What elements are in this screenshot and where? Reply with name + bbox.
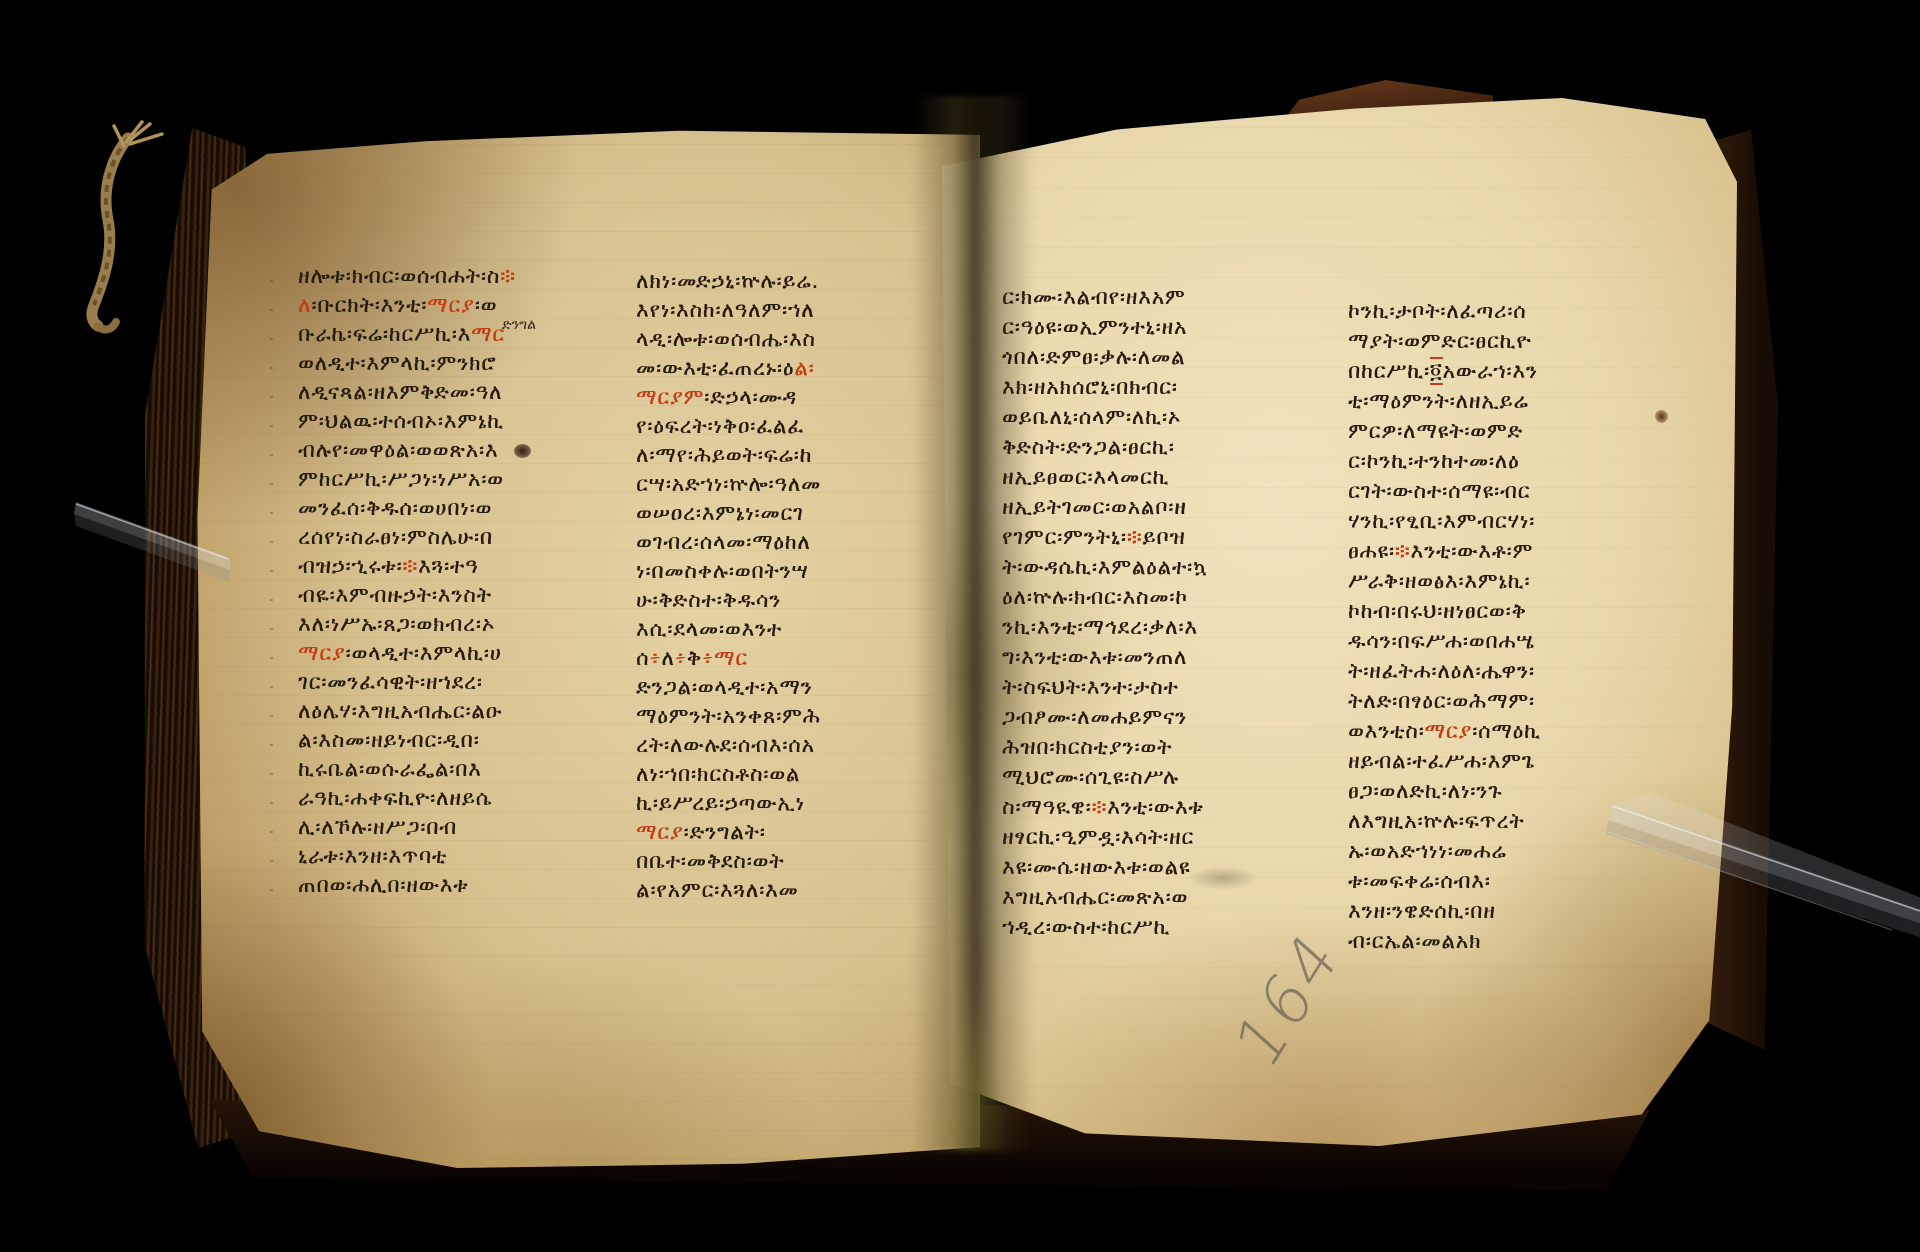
glass-rod-left — [70, 470, 240, 600]
manuscript-text-line: እየነ፡እስከ፡ለዓለም፡ኀለ — [636, 296, 956, 325]
body-text: እንዘ፡ንዌድሰኪ፡በዘ — [1348, 899, 1496, 923]
body-text: ርገት፡ውስተ፡ሰማዩ፡ብር — [1348, 479, 1530, 503]
body-text: ል፡የአምር፡እጓለ፡እመ — [636, 878, 799, 902]
body-text: ምከርሥኪ፡ሥጋነ፡ነሥአ፡ወ — [298, 467, 504, 491]
body-text: ት፡ስፍህት፡እንተ፡ታስተ — [1002, 675, 1179, 699]
rubric-red-text: ማርያ — [427, 293, 475, 317]
rubric-red-text: ለ — [298, 293, 311, 317]
body-text: ለዲናጻል፡ዘእምቅድመ፡ዓለ — [298, 380, 502, 404]
body-text: እክ፡ዘአክሰሮኒ፡በክብር፡ — [1002, 375, 1178, 399]
body-text: ገር፡መንፈሳዊት፡ዘኀደረ፡ — [298, 670, 483, 694]
manuscript-text-line: ት፡ውዳሴኪ፡እምልዕልተ፡ኳ — [1002, 552, 1337, 582]
body-text: ብዝኃ፡ኂሩቱ፡ — [298, 554, 402, 578]
body-text: እሲ፡ደላመ፡ወእንተ — [636, 617, 782, 641]
glass-rod-right — [1592, 762, 1920, 962]
body-text: ኀዲረ፡ውስተ፡ከርሥኪ — [1002, 915, 1170, 939]
body-text: ረሰየነ፡ስራፀነ፡ምስሌሁ፡በ — [298, 525, 493, 549]
manuscript-text-line: ማያት፡ወምድር፡ፀርኪዮ — [1348, 326, 1683, 356]
body-text: ይቦዝ — [1143, 525, 1186, 549]
manuscript-text-line: ፀሐዩ፡፨እንቲ፡ውእቶ፡ም — [1348, 536, 1683, 566]
manuscript-text-line: ወገብረ፡ሰላመ፡ማዕከለ — [636, 528, 956, 557]
manuscript-text-line: ሰ፥ለ፥ቅ፥ማር — [636, 644, 956, 673]
rubric-red-text: ማርያ — [298, 641, 346, 665]
rubric-red-text: ማር — [714, 646, 748, 670]
ink-stain — [1655, 410, 1668, 423]
body-text: ማያት፡ወምድር፡ፀርኪዮ — [1348, 329, 1531, 353]
manuscript-text-line: ሁ፡ቅድስተ፡ቅዱሳን — [636, 586, 956, 615]
manuscript-text-line: ማርያም፡ድኃላ፡ሙዳ — [636, 383, 956, 412]
text-column-left-2: ለክነ፡መድኃኒ፡ኵሉ፡ይሬ.እየነ፡እስከ፡ለዓለም፡ኀለላዲ፡ሎቱ፡ወሰብሔ… — [636, 267, 956, 905]
manuscript-text-line: ም፡ህልዉ፡ተሰብኦ፡እምኔኪ — [298, 407, 603, 436]
body-text: ሚህሮሙ፡ሰጊዩ፡ስሥሉ — [1002, 765, 1179, 789]
body-text: ብሉየ፡መዋዕል፡ወወጽአ፡እ — [298, 438, 498, 462]
manuscript-text-line: ራዓኪ፡ሐቀፍኪዮ፡ለዘይሴ — [298, 784, 603, 813]
body-text: ብ፡ርኤል፡መልአክ — [1348, 929, 1481, 953]
manuscript-text-line: ጠበወ፡ሐሊበ፡ዘውእቱ — [298, 871, 603, 900]
body-text: ዘኢይትገመር፡ወአልቦ፡ዘ — [1002, 495, 1187, 519]
body-text: እለ፡ነሥኡ፡ጸጋ፡ወክብረ፡ኦ — [298, 612, 495, 636]
manuscript-text-line: ረት፡ለውሉደ፡ሰብእ፡ሰአ — [636, 731, 956, 760]
manuscript-text-line: መ፡ውእቲ፡ፈጠረኑ፡ዕል፡ — [636, 354, 956, 383]
body-text: ለ — [661, 646, 674, 670]
manuscript-text-line: ዱሳን፡በፍሥሐ፡ወበሐሤ — [1348, 626, 1683, 656]
body-text: ለ፡ማየ፡ሕይወት፡ፍሬ፡ከ — [636, 443, 812, 467]
body-text: ር፡ዓዕዩ፡ወኢምንተኒ፡ዘአ — [1002, 315, 1187, 339]
manuscript-text-line: ዕለ፡ኵሉ፡ክብር፡እስመ፡ኮ — [1002, 582, 1337, 612]
body-text: አውራኀ፡እን — [1443, 359, 1538, 383]
body-text: ሃንኪ፡የፂቢ፡እምብርሃነ፡ — [1348, 509, 1535, 533]
manuscript-text-line: ል፡እስመ፡ዘይነብር፡ዲበ፡ — [298, 726, 603, 755]
body-text: ቅድስት፡ድንጋል፡ፀርኪ፡ — [1002, 435, 1175, 459]
body-text: ረት፡ለውሉደ፡ሰብእ፡ሰአ — [636, 733, 815, 757]
manuscript-text-line: ለ፡ማየ፡ሕይወት፡ፍሬ፡ከ — [636, 441, 956, 470]
manuscript-text-line: ገር፡መንፈሳዊት፡ዘኀደረ፡ — [298, 668, 603, 697]
body-text: ራዓኪ፡ሐቀፍኪዮ፡ለዘይሴ — [298, 786, 492, 810]
manuscript-text-line: ቡራኬ፡ፍሬ፡ከርሥኪ፡እማር — [298, 320, 603, 349]
body-text: ፡ሰማዕኪ — [1472, 719, 1541, 743]
manuscript-text-line: ለነ፡ኀበ፡ክርስቶስ፡ወል — [636, 760, 956, 789]
smudge-stain — [1188, 866, 1258, 890]
body-text: ንኪ፡እንቲ፡ማኅደረ፡ቃለ፡እ — [1002, 615, 1198, 639]
body-text: ብዬ፡እምብዙኃት፡እንስት — [298, 583, 492, 607]
manuscript-text-line: ር፡ዓዕዩ፡ወኢምንተኒ፡ዘአ — [1002, 312, 1337, 342]
manuscript-text-line: ሃንኪ፡የፂቢ፡እምብርሃነ፡ — [1348, 506, 1683, 536]
body-text: ፀሐዩ፡ — [1348, 539, 1395, 563]
manuscript-text-line: ዘሎቱ፡ክብር፡ወሰብሐት፡ስ፨ — [298, 262, 603, 291]
manuscript-text-line: እሲ፡ደላመ፡ወእንተ — [636, 615, 956, 644]
body-text: ግ፡እንቲ፡ውእቱ፡መንጠለ — [1002, 645, 1187, 669]
body-text: ዘሎቱ፡ክብር፡ወሰብሐት፡ስ — [298, 264, 500, 288]
body-text: ር፡ኮንኪ፡ተንከተመ፡ለዕ — [1348, 449, 1519, 473]
body-text: ፡ወ — [475, 293, 498, 317]
manuscript-text-line: ብዝኃ፡ኂሩቱ፡፨እጓ፡ተዓ — [298, 552, 603, 581]
body-text: ኪ፡ይሥረይ፡ኃጣውኢነ — [636, 791, 805, 815]
manuscript-text-line: ዘኢይፀወር፡እላመርኪ — [1002, 462, 1337, 492]
body-text: ዘኢይፀወር፡እላመርኪ — [1002, 465, 1169, 489]
body-text: ቡራኬ፡ፍሬ፡ከርሥኪ፡እ — [298, 322, 471, 346]
manuscript-text-line: ማዕምንት፡አንቀጸ፡ምሕ — [636, 702, 956, 731]
body-text: ሊ፡ለኾሉ፡ዘሥጋ፡በብ — [298, 815, 457, 839]
body-text: ፡ድንግልት፡ — [684, 820, 766, 844]
body-text: መንፈሰ፡ቅዱሰ፡ወሀበነ፡ወ — [298, 496, 492, 520]
manuscript-text-line: ወሠዐረ፡እምኔነ፡መርገ — [636, 499, 956, 528]
manuscript-text-line: ላዲ፡ሎቱ፡ወሰብሔ፡እስ — [636, 325, 956, 354]
rubric-red-text: ፨ — [1395, 539, 1411, 563]
body-text: ለእግዚአ፡ኵሉ፡ፍጥረት — [1348, 809, 1524, 833]
manuscript-text-line: ሚህሮሙ፡ሰጊዩ፡ስሥሉ — [1002, 762, 1337, 792]
body-text: ል፡እስመ፡ዘይነብር፡ዲበ፡ — [298, 728, 480, 752]
body-text: ፡ወላዲተ፡እምላኪ፡ሀ — [346, 641, 502, 665]
manuscript-text-line: እለ፡ነሥኡ፡ጸጋ፡ወክብረ፡ኦ — [298, 610, 603, 639]
manuscript-text-line: ነ፡በመስቀሉ፡ወበትንሣ — [636, 557, 956, 586]
rubric-red-text: ል፡ — [794, 356, 814, 380]
manuscript-text-line: ቲ፡ማዕምንት፡ለዘኢይሬ — [1348, 386, 1683, 416]
manuscript-text-line: ዘኢይትገመር፡ወአልቦ፡ዘ — [1002, 492, 1337, 522]
body-text: ርሣ፡አድኀነ፡ኵሎ፡ዓለመ — [636, 472, 821, 496]
body-text: ወእንቲስ፡ — [1348, 719, 1425, 743]
body-text: ኪሩቤል፡ወሱራፌል፡በእ — [298, 757, 482, 781]
body-text: የገምር፡ምንትኒ፡ — [1002, 525, 1127, 549]
rubric-red-text: ፨ — [500, 264, 516, 288]
manuscript-text-line: ትለድ፡በፃዕር፡ወሕማም፡ — [1348, 686, 1683, 716]
body-text: በቤተ፡መቅደስ፡ወት — [636, 849, 784, 873]
manuscript-text-line: ር፡ኮንኪ፡ተንከተመ፡ለዕ — [1348, 446, 1683, 476]
manuscript-text-line: ለዲናጻል፡ዘእምቅድመ፡ዓለ — [298, 378, 603, 407]
interlinear-gloss: ድንግል — [502, 318, 536, 332]
rubric-red-text: ማር — [471, 322, 505, 346]
body-text: ድንጋል፡ወላዲተ፡አማን — [636, 675, 813, 699]
body-text: እየነ፡እስከ፡ለዓለም፡ኀለ — [636, 298, 814, 322]
manuscript-text-line: ጋብፆሙ፡ለመሐይምናን — [1002, 702, 1337, 732]
body-text: ማዕምንት፡አንቀጸ፡ምሕ — [636, 704, 821, 728]
body-text: ት፡ዘፈትሐ፡ለዕለ፡ሔዋን፡ — [1348, 659, 1535, 683]
manuscript-text-line: ወይቤለኒ፡ሰላም፡ለኪ፡ኦ — [1002, 402, 1337, 432]
body-text: ቅ — [687, 646, 702, 670]
rubric-red-text: ማርያ — [636, 820, 684, 844]
body-text: ዘይብል፡ተፈሥሐ፡እምጌ — [1348, 749, 1535, 773]
manuscript-text-line: ንኪ፡እንቲ፡ማኅደረ፡ቃለ፡እ — [1002, 612, 1337, 642]
rubric-red-text: ፥ — [675, 646, 687, 670]
body-text: ኮንኪ፡ታቦት፡ለፈጣሪ፡ሰ — [1348, 299, 1526, 323]
body-text: ነ፡በመስቀሉ፡ወበትንሣ — [636, 559, 809, 583]
manuscript-text-line: እግዚአብሔር፡መጽአ፡ወ — [1002, 882, 1337, 912]
body-text: ትለድ፡በፃዕር፡ወሕማም፡ — [1348, 689, 1535, 713]
body-text: ፀጋ፡ወለድኪ፡ለነ፡ንጉ — [1348, 779, 1502, 803]
manuscript-text-line: በከርሥኪ፡፬አውራኀ፡እን — [1348, 356, 1683, 386]
manuscript-text-line: ሥራቅ፡ዘወፅእ፡እምኔኪ፡ — [1348, 566, 1683, 596]
manuscript-text-line: ማርያ፡ወላዲተ፡እምላኪ፡ሀ — [298, 639, 603, 668]
manuscript-text-line: ል፡የአምር፡እጓለ፡እመ — [636, 876, 956, 905]
rubric-red-text: ፨ — [1127, 525, 1143, 549]
manuscript-text-line: ኮንኪ፡ታቦት፡ለፈጣሪ፡ሰ — [1348, 296, 1683, 326]
manuscript-text-line: በቤተ፡መቅደስ፡ወት — [636, 847, 956, 876]
manuscript-text-line: ለዕሌሃ፡እግዚአብሔር፡ልዑ — [298, 697, 603, 726]
manuscript-text-line: ስ፡ማዓዪዌ፡፨እንቲ፡ውእቱ — [1002, 792, 1337, 822]
body-text: ኒራቱ፡እንዘ፡እጥባቲ — [298, 844, 447, 868]
manuscript-text-line: ግ፡እንቲ፡ውእቱ፡መንጠለ — [1002, 642, 1337, 672]
body-text: ሁ፡ቅድስተ፡ቅዱሳን — [636, 588, 781, 612]
manuscript-text-line: እክ፡ዘአክሰሮኒ፡በክብር፡ — [1002, 372, 1337, 402]
body-text: ስ፡ማዓዪዌ፡ — [1002, 795, 1091, 819]
body-text: ፡ድኃላ፡ሙዳ — [704, 385, 797, 409]
body-text: የ፡ዕፍረት፡ነቅዐ፡ፈልፈ — [636, 414, 804, 438]
manuscript-text-line: ማርያ፡ድንግልት፡ — [636, 818, 956, 847]
manuscript-text-line: ኪ፡ይሥረይ፡ኃጣውኢነ — [636, 789, 956, 818]
body-text: ወሠዐረ፡እምኔነ፡መርገ — [636, 501, 804, 525]
body-text: ለዕሌሃ፡እግዚአብሔር፡ልዑ — [298, 699, 502, 723]
body-text: ጠበወ፡ሐሊበ፡ዘውእቱ — [298, 873, 468, 897]
manuscript-text-line: የገምር፡ምንትኒ፡፨ይቦዝ — [1002, 522, 1337, 552]
manuscript-text-line: ሊ፡ለኾሉ፡ዘሥጋ፡በብ — [298, 813, 603, 842]
body-text: ጎበለ፡ድምፀ፡ቃሉ፡ለመል — [1002, 345, 1185, 369]
body-text: ፡ቡርክት፡እንቲ፡ — [311, 293, 427, 317]
body-text: ኡ፡ወአድኀነነ፡መሐሬ — [1348, 839, 1507, 863]
manuscript-text-line: ኒራቱ፡እንዘ፡እጥባቲ — [298, 842, 603, 871]
manuscript-text-line: ርሣ፡አድኀነ፡ኵሎ፡ዓለመ — [636, 470, 956, 499]
body-text: ቲ፡ማዕምንት፡ለዘኢይሬ — [1348, 389, 1529, 413]
body-text: ዕለ፡ኵሉ፡ክብር፡እስመ፡ኮ — [1002, 585, 1188, 609]
ink-stain — [514, 444, 531, 458]
body-text: ኮከብ፡በሩህ፡ዘነፀርወ፡ቅ — [1348, 599, 1527, 623]
body-text: በከርሥኪ፡ — [1348, 359, 1430, 383]
manuscript-text-line: እዩ፡ሙሴ፡ዘውእቱ፡ወልዩ — [1002, 852, 1337, 882]
body-text: እንቲ፡ውእቶ፡ም — [1411, 539, 1534, 563]
manuscript-text-line: ጎበለ፡ድምፀ፡ቃሉ፡ለመል — [1002, 342, 1337, 372]
manuscript-text-line: ሕዝበ፡ክርስቲያን፡ወት — [1002, 732, 1337, 762]
text-column-left-1: ድንግል ዘሎቱ፡ክብር፡ወሰብሐት፡ስ፨ለ፡ቡርክት፡እንቲ፡ማርያ፡ወቡራኬ… — [298, 262, 603, 900]
body-text: ም፡ህልዉ፡ተሰብኦ፡እምኔኪ — [298, 409, 504, 433]
manuscript-text-line: የ፡ዕፍረት፡ነቅዐ፡ፈልፈ — [636, 412, 956, 441]
ethiopic-numeral: ፬ — [1430, 357, 1443, 385]
manuscript-text-line: ወእንቲስ፡ማርያ፡ሰማዕኪ — [1348, 716, 1683, 746]
body-text: ጋብፆሙ፡ለመሐይምናን — [1002, 705, 1187, 729]
rubric-red-text: ማርያ — [1425, 719, 1473, 743]
rubric-red-text: ፨ — [402, 554, 418, 578]
manuscript-text-line: ወለዲተ፡እምላኪ፡ምንክሮ — [298, 349, 603, 378]
body-text: ምርዎ፡ለማዩት፡ወምድ — [1348, 419, 1523, 443]
rubric-red-text: ማርያም — [636, 385, 704, 409]
manuscript-text-line: ብሉየ፡መዋዕል፡ወወጽአ፡እ — [298, 436, 603, 465]
body-text: ት፡ውዳሴኪ፡እምልዕልተ፡ኳ — [1002, 555, 1207, 579]
body-text: ላዲ፡ሎቱ፡ወሰብሔ፡እስ — [636, 327, 816, 351]
body-text: እግዚአብሔር፡መጽአ፡ወ — [1002, 885, 1188, 909]
body-text: ለክነ፡መድኃኒ፡ኵሉ፡ይሬ. — [636, 269, 819, 293]
body-text: ር፡ክሙ፡እልብየ፡ዘእአም — [1002, 285, 1186, 309]
body-text: ዱሳን፡በፍሥሐ፡ወበሐሤ — [1348, 629, 1535, 653]
manuscript-text-line: ረሰየነ፡ስራፀነ፡ምስሌሁ፡በ — [298, 523, 603, 552]
body-text: ዘፃርኪ፡ዒምዷ፡እሳት፡ዘር — [1002, 825, 1194, 849]
manuscript-text-line: ር፡ክሙ፡እልብየ፡ዘእአም — [1002, 282, 1337, 312]
body-text: እንቲ፡ውእቱ — [1107, 795, 1203, 819]
body-text: ሰ — [636, 646, 649, 670]
manuscript-text-line: ብዬ፡እምብዙኃት፡እንስት — [298, 581, 603, 610]
manuscript-text-line: ርገት፡ውስተ፡ሰማዩ፡ብር — [1348, 476, 1683, 506]
body-text: መ፡ውእቲ፡ፈጠረኑ፡ዕ — [636, 356, 794, 380]
pricking-holes — [270, 280, 273, 905]
rubric-red-text: ፥ — [649, 646, 661, 670]
rubric-red-text: ፨ — [1091, 795, 1107, 819]
manuscript-text-line: ቅድስት፡ድንጋል፡ፀርኪ፡ — [1002, 432, 1337, 462]
manuscript-text-line: ለክነ፡መድኃኒ፡ኵሉ፡ይሬ. — [636, 267, 956, 296]
manuscript-text-line: ት፡ስፍህት፡እንተ፡ታስተ — [1002, 672, 1337, 702]
body-text: ሕዝበ፡ክርስቲያን፡ወት — [1002, 735, 1172, 759]
body-text: ቱ፡መፍቀሬ፡ሰብእ፡ — [1348, 869, 1491, 893]
manuscript-text-line: ለ፡ቡርክት፡እንቲ፡ማርያ፡ወ — [298, 291, 603, 320]
text-column-right-1: ር፡ክሙ፡እልብየ፡ዘእአምር፡ዓዕዩ፡ወኢምንተኒ፡ዘአጎበለ፡ድምፀ፡ቃሉ፡… — [1002, 282, 1337, 942]
manuscript-text-line: ት፡ዘፈትሐ፡ለዕለ፡ሔዋን፡ — [1348, 656, 1683, 686]
body-text: ወለዲተ፡እምላኪ፡ምንክሮ — [298, 351, 496, 375]
manuscript-text-line: ምከርሥኪ፡ሥጋነ፡ነሥአ፡ወ — [298, 465, 603, 494]
body-text: እዩ፡ሙሴ፡ዘውእቱ፡ወልዩ — [1002, 855, 1190, 879]
body-text: ወገብረ፡ሰላመ፡ማዕከለ — [636, 530, 811, 554]
rubric-red-text: ፥ — [702, 646, 714, 670]
body-text: ሥራቅ፡ዘወፅእ፡እምኔኪ፡ — [1348, 569, 1530, 593]
manuscript-text-line: ምርዎ፡ለማዩት፡ወምድ — [1348, 416, 1683, 446]
manuscript-text-line: ዘፃርኪ፡ዒምዷ፡እሳት፡ዘር — [1002, 822, 1337, 852]
manuscript-text-line: መንፈሰ፡ቅዱሰ፡ወሀበነ፡ወ — [298, 494, 603, 523]
body-text: ወይቤለኒ፡ሰላም፡ለኪ፡ኦ — [1002, 405, 1181, 429]
manuscript-text-line: ኪሩቤል፡ወሱራፌል፡በእ — [298, 755, 603, 784]
cord-bookmark — [50, 120, 190, 350]
manuscript-text-line: ኮከብ፡በሩህ፡ዘነፀርወ፡ቅ — [1348, 596, 1683, 626]
body-text: እጓ፡ተዓ — [418, 554, 478, 578]
manuscript-text-line: ድንጋል፡ወላዲተ፡አማን — [636, 673, 956, 702]
body-text: ለነ፡ኀበ፡ክርስቶስ፡ወል — [636, 762, 800, 786]
manuscript-photo: { "meta": { "description": "Photograph o… — [0, 0, 1920, 1252]
